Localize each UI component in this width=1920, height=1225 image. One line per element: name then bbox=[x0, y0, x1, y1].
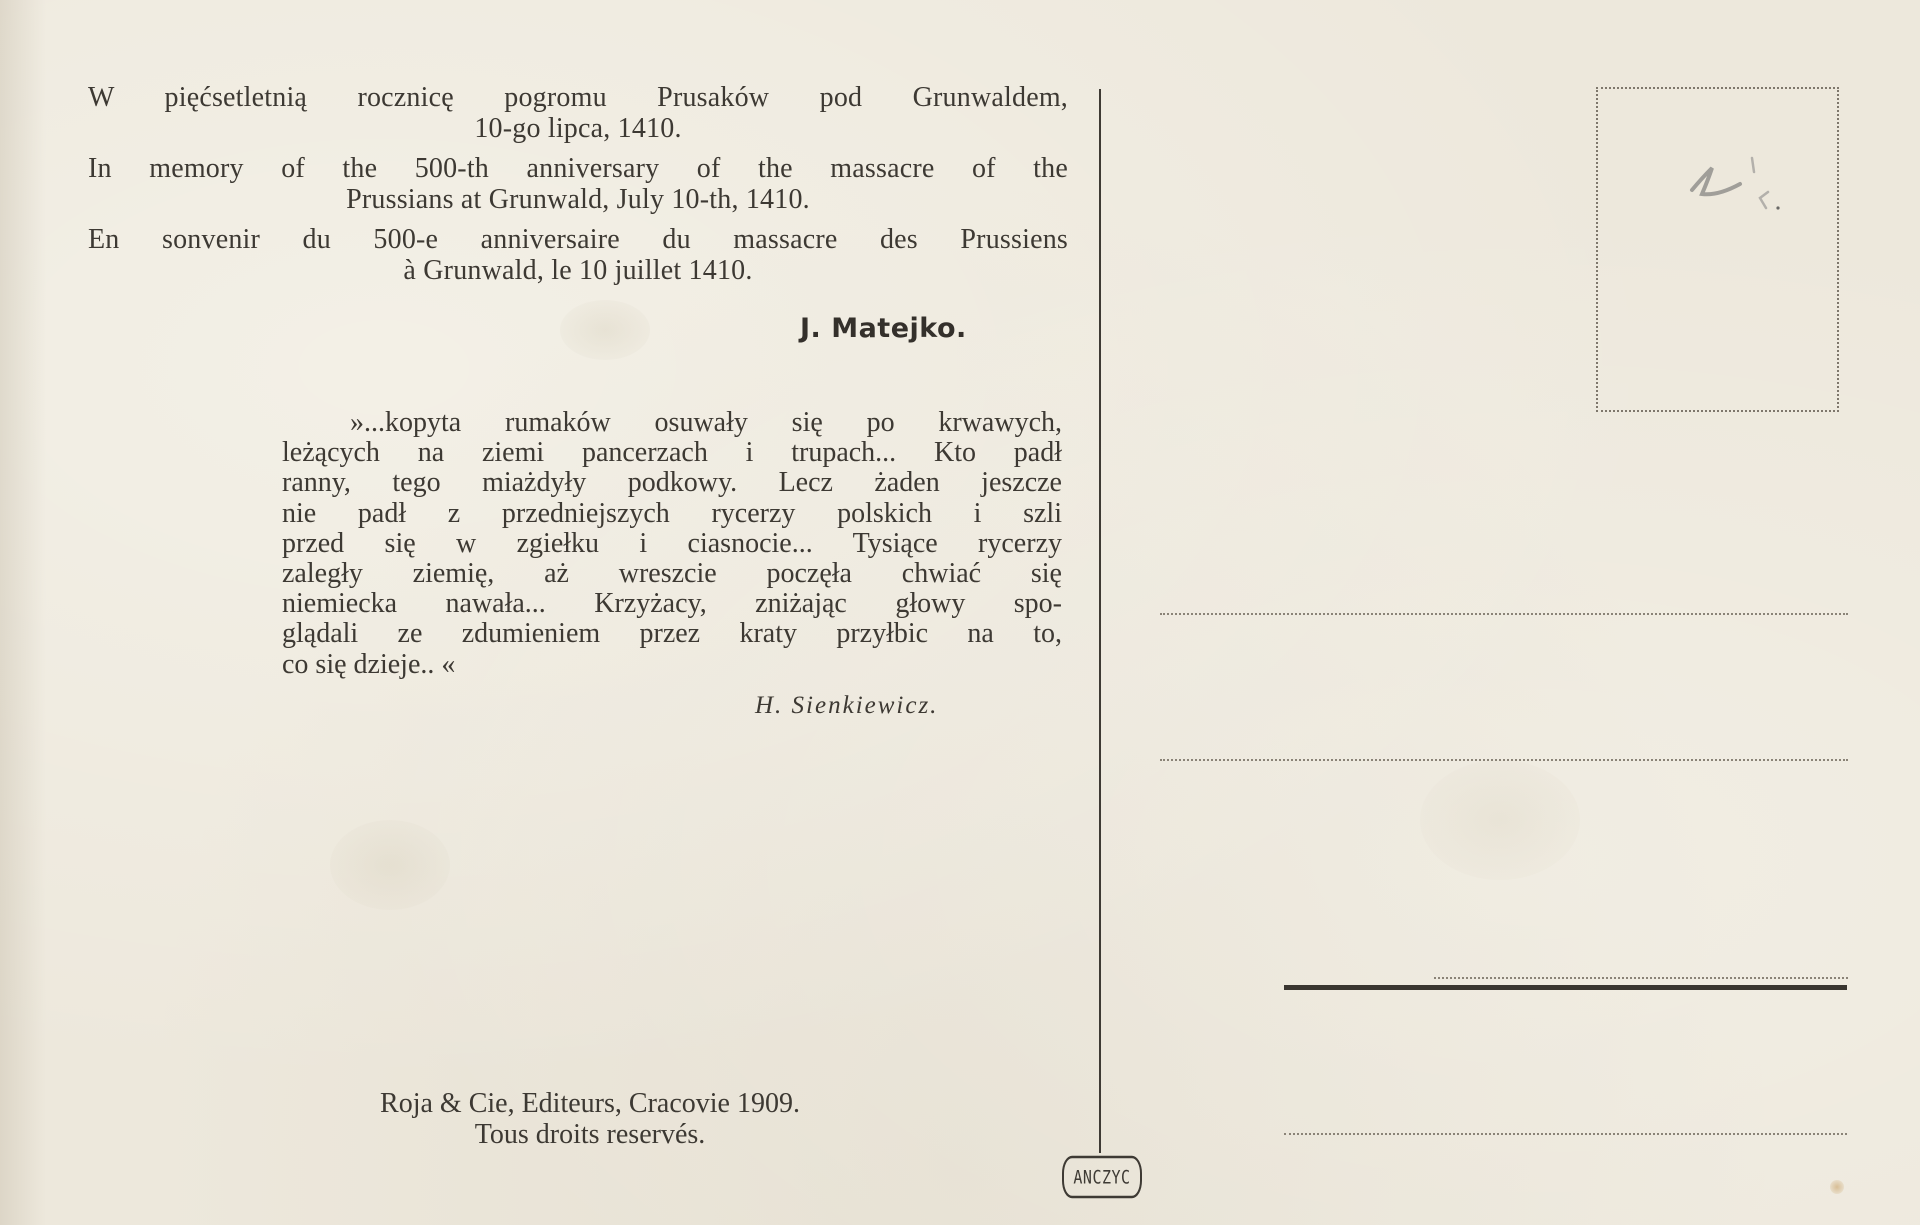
paper-stain bbox=[560, 300, 650, 360]
paper-edge-shadow bbox=[0, 0, 46, 1225]
address-line-2 bbox=[1160, 759, 1848, 761]
center-divider-line bbox=[1099, 89, 1101, 1153]
paper-stain bbox=[1420, 760, 1580, 880]
dedication-french-line1: En sonvenir du 500-e anniversaire du mas… bbox=[88, 224, 1068, 255]
address-line-3 bbox=[1434, 977, 1848, 979]
address-line-4 bbox=[1284, 1133, 1847, 1135]
dedication-polish: W pięćsetletnią rocznicę pogromu Prusakó… bbox=[88, 82, 1068, 144]
publisher-line2: Tous droits reservés. bbox=[280, 1119, 900, 1150]
painter-signature: J. Matejko. bbox=[800, 313, 967, 344]
dedication-english-line1: In memory of the 500-th anniversary of t… bbox=[88, 153, 1068, 184]
quote-line: glądali ze zdumieniem przez kraty przyłb… bbox=[282, 619, 1062, 649]
publisher-imprint: Roja & Cie, Editeurs, Cracovie 1909. Tou… bbox=[280, 1088, 900, 1150]
dedication-block: W pięćsetletnią rocznicę pogromu Prusakó… bbox=[88, 82, 1068, 295]
stamp-placement-box bbox=[1596, 87, 1839, 412]
dedication-polish-line1: W pięćsetletnią rocznicę pogromu Prusakó… bbox=[88, 82, 1068, 113]
quote-line: co się dzieje.. « bbox=[282, 650, 1062, 680]
quote-line: ranny, tego miażdyły podkowy. Lecz żaden… bbox=[282, 468, 1062, 498]
postcard-back: W pięćsetletnią rocznicę pogromu Prusakó… bbox=[0, 0, 1920, 1225]
quote-line: nie padł z przedniejszych rycerzy polski… bbox=[282, 499, 1062, 529]
paper-stain bbox=[330, 820, 450, 910]
dedication-polish-line2: 10-go lipca, 1410. bbox=[88, 113, 1068, 144]
address-heavy-rule bbox=[1284, 985, 1847, 990]
publisher-line1: Roja & Cie, Editeurs, Cracovie 1909. bbox=[280, 1088, 900, 1119]
address-line-1 bbox=[1160, 613, 1848, 615]
paper-stain bbox=[1830, 1180, 1844, 1194]
pencil-annotation-icon bbox=[1688, 150, 1798, 220]
dedication-english-line2: Prussians at Grunwald, July 10-th, 1410. bbox=[88, 184, 1068, 215]
quote-line: leżących na ziemi pancerzach i trupach..… bbox=[282, 438, 1062, 468]
quote-line: przed się w zgiełku i ciasnocie... Tysią… bbox=[282, 529, 1062, 559]
dedication-french-line2: à Grunwald, le 10 juillet 1410. bbox=[88, 255, 1068, 286]
quote-line: zaległy ziemię, aż wreszcie poczęła chwi… bbox=[282, 559, 1062, 589]
quote-line: »...kopyta rumaków osuwały się po krwawy… bbox=[282, 408, 1062, 438]
quote-author: H. Sienkiewicz. bbox=[755, 692, 938, 720]
quote-block: »...kopyta rumaków osuwały się po krwawy… bbox=[282, 408, 1062, 680]
printer-mark-badge: ANCZYC bbox=[1062, 1156, 1142, 1199]
quote-line: niemiecka nawała... Krzyżacy, zniżając g… bbox=[282, 589, 1062, 619]
dedication-english: In memory of the 500-th anniversary of t… bbox=[88, 153, 1068, 215]
dedication-french: En sonvenir du 500-e anniversaire du mas… bbox=[88, 224, 1068, 286]
